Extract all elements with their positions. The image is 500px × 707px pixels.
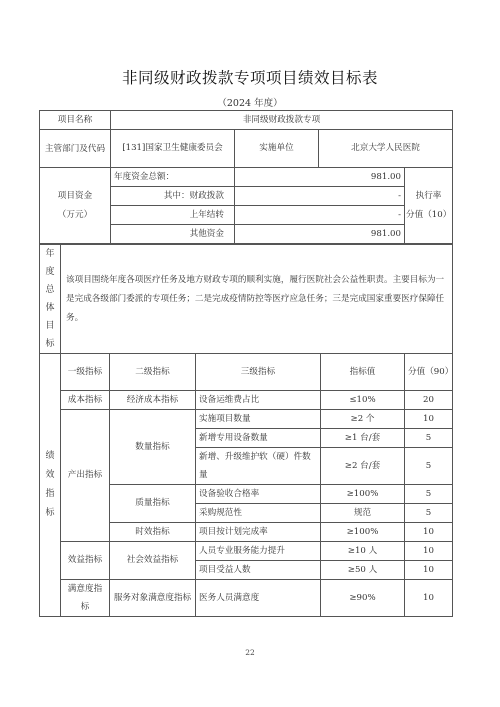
level3-indicator: 实施项目数量 — [196, 410, 321, 429]
indicator-score: 5 — [405, 504, 453, 523]
level3-indicator: 项目按计划完成率 — [196, 523, 321, 542]
funds-other-value: 981.00 — [235, 225, 405, 244]
performance-header-row: 绩效指标 一级指标 二级指标 三级指标 指标值 分值（90） — [40, 354, 453, 391]
exec-rate-line2: 分值（10） — [406, 206, 451, 225]
project-header-table: 项目名称 非同级财政拨款专项 主管部门及代码 [131]国家卫生健康委员会 实施… — [39, 110, 453, 168]
page-number: 22 — [0, 648, 500, 657]
level2-quality: 质量指标 — [110, 485, 196, 523]
indicator-score: 10 — [405, 523, 453, 542]
indicator-value: ≥2 台/套 — [321, 448, 405, 485]
header-score: 分值（90） — [405, 354, 453, 391]
level2-timeliness: 时效指标 — [110, 523, 196, 542]
performance-label: 绩效指标 — [40, 354, 61, 617]
funds-row-total: 项目资金 （万元） 年度资金总额： 981.00 执行率 分值（10） — [40, 168, 453, 187]
level1-cost: 成本指标 — [61, 391, 110, 410]
level3-indicator: 医务人员满意度 — [196, 580, 321, 617]
level3-indicator: 新增专用设备数量 — [196, 429, 321, 448]
table-row: 效益指标 社会效益指标 人员专业服务能力提升 ≥10 人 10 — [40, 542, 453, 561]
annual-goal-label: 年度总体目标 — [40, 245, 61, 354]
level3-indicator: 项目受益人数 — [196, 561, 321, 580]
level3-indicator: 设备运维费占比 — [196, 391, 321, 410]
row-department: 主管部门及代码 [131]国家卫生健康委员会 实施单位 北京大学人民医院 — [40, 130, 453, 168]
funds-label-line2: （万元） — [43, 206, 107, 225]
indicator-score: 5 — [405, 429, 453, 448]
indicator-value: ≥2 个 — [321, 410, 405, 429]
table-row: 产出指标 数量指标 实施项目数量 ≥2 个 10 — [40, 410, 453, 429]
annual-goal-table: 年度总体目标 该项目围绕年度各项医疗任务及地方财政专项的顺利实施，履行医院社会公… — [39, 244, 453, 354]
indicator-value: ≥90% — [321, 580, 405, 617]
funds-fiscal-label: 其中：财政拨款 — [111, 187, 235, 206]
indicator-value: ≥100% — [321, 485, 405, 504]
exec-rate-line1: 执行率 — [406, 187, 451, 206]
annual-goal-row: 年度总体目标 该项目围绕年度各项医疗任务及地方财政专项的顺利实施，履行医院社会公… — [40, 245, 453, 354]
funds-carryover-value: - — [235, 206, 405, 225]
funds-label: 项目资金 （万元） — [40, 168, 111, 244]
funds-table: 项目资金 （万元） 年度资金总额： 981.00 执行率 分值（10） 其中：财… — [39, 167, 453, 244]
level3-indicator: 设备验收合格率 — [196, 485, 321, 504]
indicator-score: 10 — [405, 561, 453, 580]
funds-fiscal-value: - — [235, 187, 405, 206]
level2-economic-cost: 经济成本指标 — [110, 391, 196, 410]
level1-output: 产出指标 — [61, 410, 110, 542]
funds-total-label: 年度资金总额： — [111, 168, 235, 187]
dept-value: [131]国家卫生健康委员会 — [111, 130, 235, 168]
level1-satisfaction: 满意度指标 — [61, 580, 110, 617]
indicator-score: 10 — [405, 410, 453, 429]
annual-goal-text: 该项目围绕年度各项医疗任务及地方财政专项的顺利实施，履行医院社会公益性职责。主要… — [61, 245, 453, 354]
indicator-score: 10 — [405, 580, 453, 617]
impl-unit-label: 实施单位 — [235, 130, 319, 168]
indicator-score: 20 — [405, 391, 453, 410]
project-name-label: 项目名称 — [40, 111, 111, 130]
impl-unit-value: 北京大学人民医院 — [319, 130, 453, 168]
row-project-name: 项目名称 非同级财政拨款专项 — [40, 111, 453, 130]
header-level3: 三级指标 — [196, 354, 321, 391]
table-row: 满意度指标 服务对象满意度指标 医务人员满意度 ≥90% 10 — [40, 580, 453, 617]
level2-quantity: 数量指标 — [110, 410, 196, 485]
funds-label-line1: 项目资金 — [43, 187, 107, 206]
funds-carryover-label: 上年结转 — [111, 206, 235, 225]
level3-indicator: 采购规范性 — [196, 504, 321, 523]
level2-service-satisfaction: 服务对象满意度指标 — [110, 580, 196, 617]
performance-table: 绩效指标 一级指标 二级指标 三级指标 指标值 分值（90） 成本指标 经济成本… — [39, 353, 453, 617]
indicator-value: ≥100% — [321, 523, 405, 542]
indicator-value: ≥1 台/套 — [321, 429, 405, 448]
header-value: 指标值 — [321, 354, 405, 391]
year-label: （2024 年度） — [0, 95, 500, 109]
indicator-value: ≤10% — [321, 391, 405, 410]
exec-rate-label: 执行率 分值（10） — [405, 168, 453, 244]
level3-indicator: 人员专业服务能力提升 — [196, 542, 321, 561]
table-row: 成本指标 经济成本指标 设备运维费占比 ≤10% 20 — [40, 391, 453, 410]
level2-social-benefit: 社会效益指标 — [110, 542, 196, 580]
header-level1: 一级指标 — [61, 354, 110, 391]
indicator-score: 10 — [405, 542, 453, 561]
level1-benefit: 效益指标 — [61, 542, 110, 580]
funds-total-value: 981.00 — [235, 168, 405, 187]
indicator-value: ≥50 人 — [321, 561, 405, 580]
indicator-score: 5 — [405, 448, 453, 485]
indicator-score: 5 — [405, 485, 453, 504]
funds-other-label: 其他资金 — [111, 225, 235, 244]
level3-indicator: 新增、升级维护软（硬）件数量 — [196, 448, 321, 485]
indicator-value: 规范 — [321, 504, 405, 523]
dept-label: 主管部门及代码 — [40, 130, 111, 168]
document-title: 非同级财政拨款专项项目绩效目标表 — [0, 66, 500, 88]
header-level2: 二级指标 — [110, 354, 196, 391]
project-name-value: 非同级财政拨款专项 — [111, 111, 453, 130]
indicator-value: ≥10 人 — [321, 542, 405, 561]
